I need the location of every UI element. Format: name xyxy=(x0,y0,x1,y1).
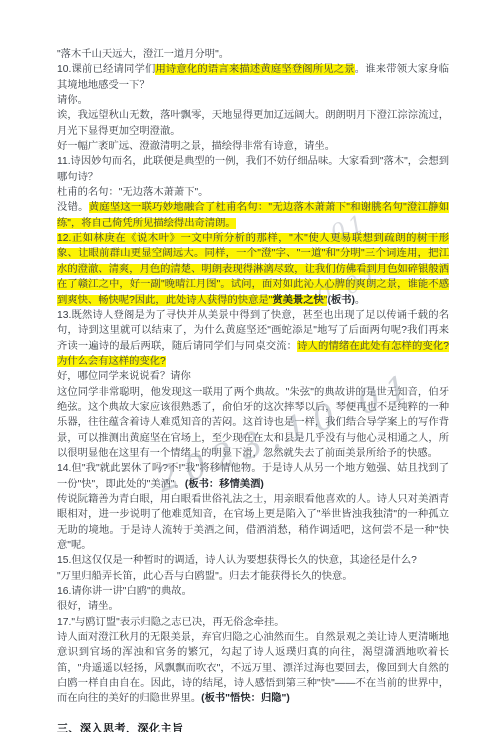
text-run: "落木千山天远大，澄江一道月分明"。 xyxy=(57,49,229,60)
text-run: 这位同学非常聪明，他发现这一联用了两个典故。"朱弦"的典故讲的是世无知音，伯牙绝… xyxy=(57,387,449,459)
text-run: "万里归船弄长笛，此心吾与白鸥盟"。归去才能获得长久的快意。 xyxy=(57,571,353,582)
text-run: 。 xyxy=(355,295,365,306)
section-heading: 三、深入思考，深化主旨 xyxy=(57,722,449,732)
text-run: 没错。 xyxy=(57,202,89,213)
text-run: 请你。 xyxy=(57,95,88,106)
paragraph: 好，哪位同学来说说看？请你 xyxy=(57,369,449,384)
highlighted-text: 黄庭坚这一联巧妙地融合了杜甫名句："无边落木萧萧下"和谢朓名句"澄江静如练"，将… xyxy=(57,202,449,228)
bold-note-text: (板书：移情美酒) xyxy=(185,479,264,490)
text-run: 诶，我远望秋山无数，落叶飘零，天地显得更加辽远阔大。朗朗明月下澄江淙淙流过，月光… xyxy=(57,110,449,136)
highlighted-text: 赏美景之快 xyxy=(272,295,323,306)
text-run: 10.课前已经请同学们 xyxy=(57,64,155,75)
paragraph: 好一幅广袤旷远、澄澈清明之景，描绘得非常有诗意，请坐。 xyxy=(57,139,449,154)
paragraph: 13.既然诗人登阁是为了寻快并从美景中得到了快意，甚至也出现了足以传诵千载的名句… xyxy=(57,308,449,369)
paragraph: 诗人面对澄江秋月的无限美景，弃官归隐之心油然而生。自然景观之美让诗人更清晰地意识… xyxy=(57,630,449,707)
text-run: 17."与鸥订盟"表示归隐之志已决，再无俗念牵挂。 xyxy=(57,617,285,628)
paragraph: 14.但"我"就此罢休了吗?不!"我"将移情他物。于是诗人从另一个地方勉强、姑且… xyxy=(57,461,449,492)
bold-note-text: (板书"悟快：归隐") xyxy=(201,693,290,704)
text-run: 杜甫的名句："无边落木萧萧下"。 xyxy=(57,187,208,198)
text-run: 三、深入思考，深化主旨 xyxy=(57,723,184,732)
paragraph: 10.课前已经请同学们用诗意化的语言来描述黄庭坚登阁所见之景。谁来带领大家身临其… xyxy=(57,62,449,93)
text-run: 15.但这仅仅是一种暂时的调适，诗人认为要想获得长久的快意，其途径是什么? xyxy=(57,555,417,566)
paragraph: 17."与鸥订盟"表示归隐之志已决，再无俗念牵挂。 xyxy=(57,615,449,630)
text-run: 11.诗因妙句而名，此联便是典型的一例，我们不妨仔细品味。大家看到"落木"，会想… xyxy=(57,156,449,182)
paragraph: 请你。 xyxy=(57,93,449,108)
paragraph: 没错。黄庭坚这一联巧妙地融合了杜甫名句："无边落木萧萧下"和谢朓名句"澄江静如练… xyxy=(57,200,449,231)
text-run: 16.请你讲一讲"白鸥"的典故。 xyxy=(57,586,192,597)
highlighted-text: 用诗意化的语言来描述黄庭坚登阁所见之景 xyxy=(155,64,354,75)
document-page: "落木千山天远大，澄江一道月分明"。10.课前已经请同学们用诗意化的语言来描述黄… xyxy=(57,47,449,732)
paragraph: 很好，请坐。 xyxy=(57,599,449,614)
text-run: 很好，请坐。 xyxy=(57,601,119,612)
text-run: 好一幅广袤旷远、澄澈清明之景，描绘得非常有诗意，请坐。 xyxy=(57,141,335,152)
highlighted-text: 12.正如林庚在《说木叶》一文中所分析的那样，"木"使人更易联想到疏朗的树干形象… xyxy=(57,233,449,305)
paragraph: 杜甫的名句："无边落木萧萧下"。 xyxy=(57,185,449,200)
paragraph: 11.诗因妙句而名，此联便是典型的一例，我们不妨仔细品味。大家看到"落木"，会想… xyxy=(57,154,449,185)
paragraph: "落木千山天远大，澄江一道月分明"。 xyxy=(57,47,449,62)
paragraph: 这位同学非常聪明，他发现这一联用了两个典故。"朱弦"的典故讲的是世无知音，伯牙绝… xyxy=(57,385,449,462)
paragraph: 16.请你讲一讲"白鸥"的典故。 xyxy=(57,584,449,599)
paragraph: "万里归船弄长笛，此心吾与白鸥盟"。归去才能获得长久的快意。 xyxy=(57,569,449,584)
paragraph: 15.但这仅仅是一种暂时的调适，诗人认为要想获得长久的快意，其途径是什么? xyxy=(57,553,449,568)
text-run: 传说阮籍善为青白眼，用白眼看世俗礼法之士，用亲眼看他喜欢的人。诗人只对美酒青眼相… xyxy=(57,494,449,551)
bold-note-text: (板书) xyxy=(327,295,354,306)
paragraph: 诶，我远望秋山无数，落叶飘零，天地显得更加辽远阔大。朗朗明月下澄江淙淙流过，月光… xyxy=(57,108,449,139)
text-run: 好，哪位同学来说说看？请你 xyxy=(57,371,191,382)
paragraph: 传说阮籍善为青白眼，用白眼看世俗礼法之士，用亲眼看他喜欢的人。诗人只对美酒青眼相… xyxy=(57,492,449,553)
paragraph: 12.正如林庚在《说木叶》一文中所分析的那样，"木"使人更易联想到疏朗的树干形象… xyxy=(57,231,449,308)
